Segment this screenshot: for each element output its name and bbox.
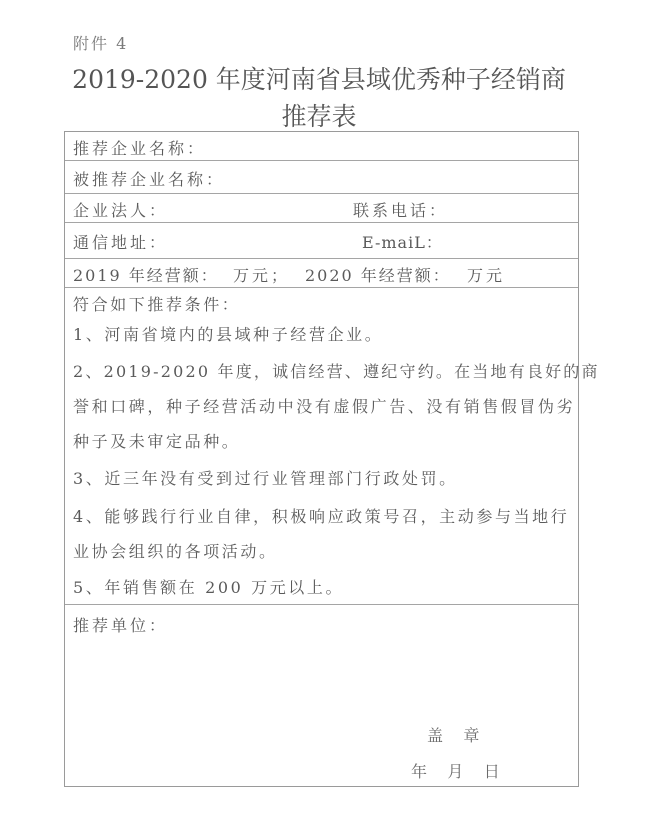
row-recommended-company: 被推荐企业名称：: [65, 161, 578, 194]
attachment-label: 附件 4: [73, 31, 128, 54]
condition-line: 5、年销售额在 200 万元以上。: [73, 575, 344, 598]
phone-label: 联系电话：: [353, 198, 448, 221]
conditions-heading: 符合如下推荐条件：: [73, 292, 240, 315]
legal-person-label: 企业法人：: [73, 198, 168, 221]
row-legal-person-phone: 企业法人： 联系电话：: [65, 194, 578, 223]
recommended-company-label: 被推荐企业名称：: [73, 167, 225, 190]
document-title: 2019-2020 年度河南省县域优秀种子经销商: [0, 60, 650, 96]
date-label: 年 月 日: [411, 759, 500, 782]
recommending-company-label: 推荐企业名称：: [73, 136, 206, 159]
row-recommending-company: 推荐企业名称：: [65, 132, 578, 161]
recommender-label: 推荐单位：: [73, 613, 168, 636]
condition-line: 2、2019-2020 年度，诚信经营、遵纪守约。在当地有良好的商: [73, 359, 600, 382]
row-address-email: 通信地址： E-maiL：: [65, 223, 578, 259]
condition-line: 誉和口碑，种子经营活动中没有虚假广告、没有销售假冒伪劣: [73, 394, 575, 417]
document-subtitle: 推荐表: [0, 97, 650, 133]
recommendation-form-table: 推荐企业名称： 被推荐企业名称： 企业法人： 联系电话： 通信地址： E-mai…: [64, 131, 579, 787]
condition-line: 4、能够践行行业自律，积极响应政策号召，主动参与当地行: [73, 504, 569, 527]
revenue-2019-label: 2019 年经营额：: [73, 263, 219, 286]
email-label: E-maiL：: [362, 230, 443, 253]
row-conditions: 符合如下推荐条件： 1、河南省境内的县域种子经营企业。 2、2019-2020 …: [65, 288, 578, 605]
seal-label: 盖 章: [427, 723, 479, 746]
row-recommender: 推荐单位： 盖 章 年 月 日: [65, 605, 578, 786]
row-revenue: 2019 年经营额： 万元； 2020 年经营额： 万元: [65, 259, 578, 288]
address-label: 通信地址：: [73, 230, 168, 253]
condition-line: 1、河南省境内的县域种子经营企业。: [73, 322, 383, 345]
condition-line: 3、近三年没有受到过行业管理部门行政处罚。: [73, 466, 458, 489]
revenue-2019-unit: 万元；: [233, 263, 290, 286]
revenue-2020-label: 2020 年经营额：: [305, 263, 451, 286]
condition-line: 业协会组织的各项活动。: [73, 539, 278, 562]
revenue-2020-unit: 万元: [467, 263, 505, 286]
condition-line: 种子及未审定品种。: [73, 429, 240, 452]
